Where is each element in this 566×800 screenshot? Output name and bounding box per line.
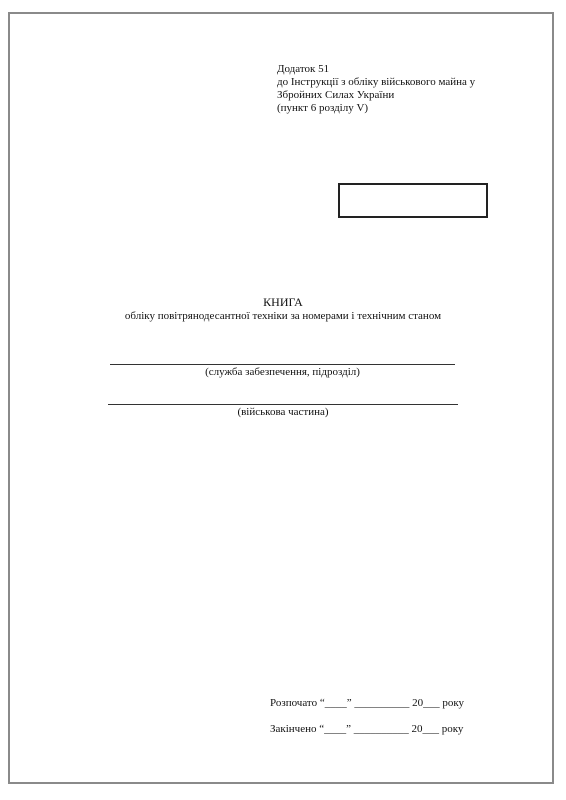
appendix-clause: (пункт 6 розділу V) — [277, 102, 475, 115]
appendix-number: Додаток 51 — [277, 63, 475, 76]
service-unit-field[interactable] — [110, 364, 455, 365]
military-unit-field[interactable] — [108, 404, 458, 405]
registration-number-box[interactable] — [338, 183, 488, 218]
document-subtitle: обліку повітрянодесантної техніки за ном… — [0, 310, 566, 323]
appendix-note: Додаток 51 до Інструкції з обліку військ… — [277, 63, 475, 115]
document-title: КНИГА — [0, 295, 566, 309]
appendix-forces: Збройних Силах України — [277, 89, 475, 102]
appendix-instruction: до Інструкції з обліку військового майна… — [277, 76, 475, 89]
page-border — [8, 12, 554, 784]
service-unit-caption: (служба забезпечення, підрозділ) — [110, 366, 455, 379]
military-unit-caption: (військова частина) — [108, 406, 458, 419]
finished-date-line[interactable]: Закінчено “____” __________ 20___ року — [270, 723, 463, 736]
started-date-line[interactable]: Розпочато “____” __________ 20___ року — [270, 697, 464, 710]
